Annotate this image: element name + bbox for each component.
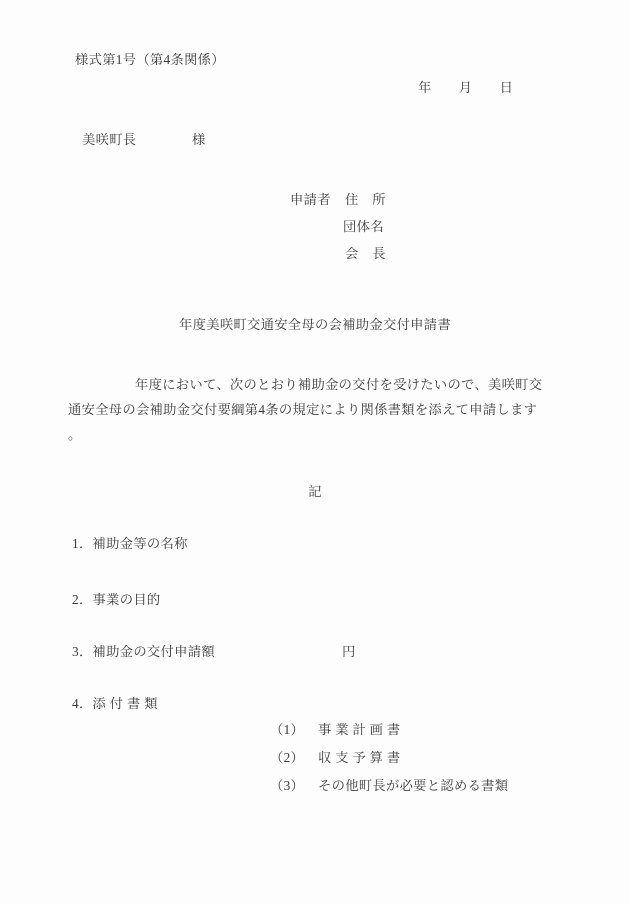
applicant-chairperson-label: 会 長 [345, 247, 386, 260]
attachment-3-label: その他町長が必要と認める書類 [318, 779, 508, 792]
item-application-amount: 3．補助金の交付申請額 [72, 645, 215, 658]
attachment-1-label: 事 業 計 画 書 [318, 723, 400, 736]
addressee-honorific: 様 [192, 133, 206, 146]
date-line: 年 月 日 [418, 81, 513, 94]
document-page: 様式第1号（第4条関係） 年 月 日 美咲町長 様 申請者 住 所 団体名 会 … [0, 0, 630, 903]
addressee-name: 美咲町長 [82, 133, 136, 146]
body-line-3: 。 [68, 428, 82, 441]
item-project-purpose: 2．事業の目的 [72, 593, 161, 606]
item-attached-documents: 4．添 付 書 類 [72, 697, 158, 710]
body-line-1: 年度において、次のとおり補助金の交付を受けたいので、美咲町交 [135, 378, 542, 391]
attachment-2-label: 収 支 予 算 書 [318, 751, 400, 764]
amount-unit-label: 円 [342, 645, 356, 658]
item-subsidy-name: 1．補助金等の名称 [72, 537, 188, 550]
applicant-address-label: 住 所 [345, 193, 386, 206]
document-title: 年度美咲町交通安全母の会補助金交付申請書 [0, 318, 630, 331]
body-line-2: 通安全母の会補助金交付要綱第4条の規定により関係書類を添えて申請します [68, 403, 537, 416]
form-number: 様式第1号（第4条関係） [75, 53, 225, 66]
applicant-organization-label: 団体名 [343, 220, 384, 233]
attachment-3-number: （3） [270, 779, 304, 792]
applicant-label: 申請者 [290, 193, 331, 206]
attachment-2-number: （2） [270, 751, 304, 764]
attachment-1-number: （1） [270, 723, 304, 736]
record-marker: 記 [0, 485, 630, 498]
